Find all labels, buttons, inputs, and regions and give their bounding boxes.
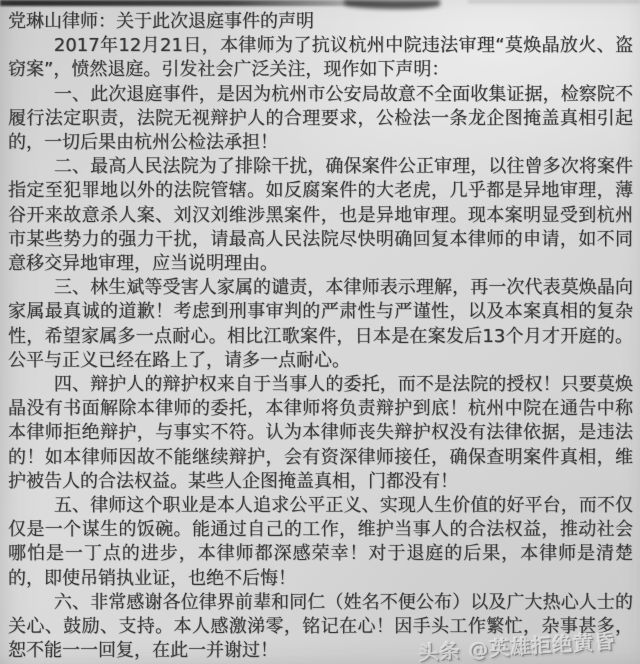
photo-top-middle-smudge	[344, 0, 440, 9]
statement-paragraph-1: 一、此次退庭事件，是因为杭州市公安局故意不全面收集证据，检察院不履行法定职责，法…	[8, 83, 633, 156]
statement-body: 党琳山律师：关于此次退庭事件的声明 2017年12月21日，本律师为了抗议杭州中…	[8, 10, 633, 663]
statement-paragraph-3: 三、林生斌等受害人家属的谴责，本律师表示理解，再一次代表莫焕晶向家属最真诚的道歉…	[8, 276, 633, 373]
statement-paragraph-2: 二、最高人民法院为了排除干扰，确保案件公正审理，以往曾多次将案件指定至犯罪地以外…	[8, 155, 633, 276]
statement-paragraph-5: 五、律师这个职业是本人追求公平正义、实现人生价值的好平台，而不仅仅是一个谋生的饭…	[8, 494, 633, 591]
statement-paragraph-intro: 2017年12月21日，本律师为了抗议杭州中院违法审理“莫焕晶放火、盗窃案”，愤…	[8, 34, 633, 82]
photo-top-left-smudge	[0, 0, 392, 6]
statement-paragraph-4: 四、辩护人的辩护权来自于当事人的委托，而不是法院的授权！只要莫焕晶没有书面解除本…	[8, 373, 633, 494]
photographed-statement-page: 党琳山律师：关于此次退庭事件的声明 2017年12月21日，本律师为了抗议杭州中…	[0, 0, 640, 664]
statement-title: 党琳山律师：关于此次退庭事件的声明	[8, 10, 633, 34]
photo-top-right-smudge	[468, 0, 640, 3]
